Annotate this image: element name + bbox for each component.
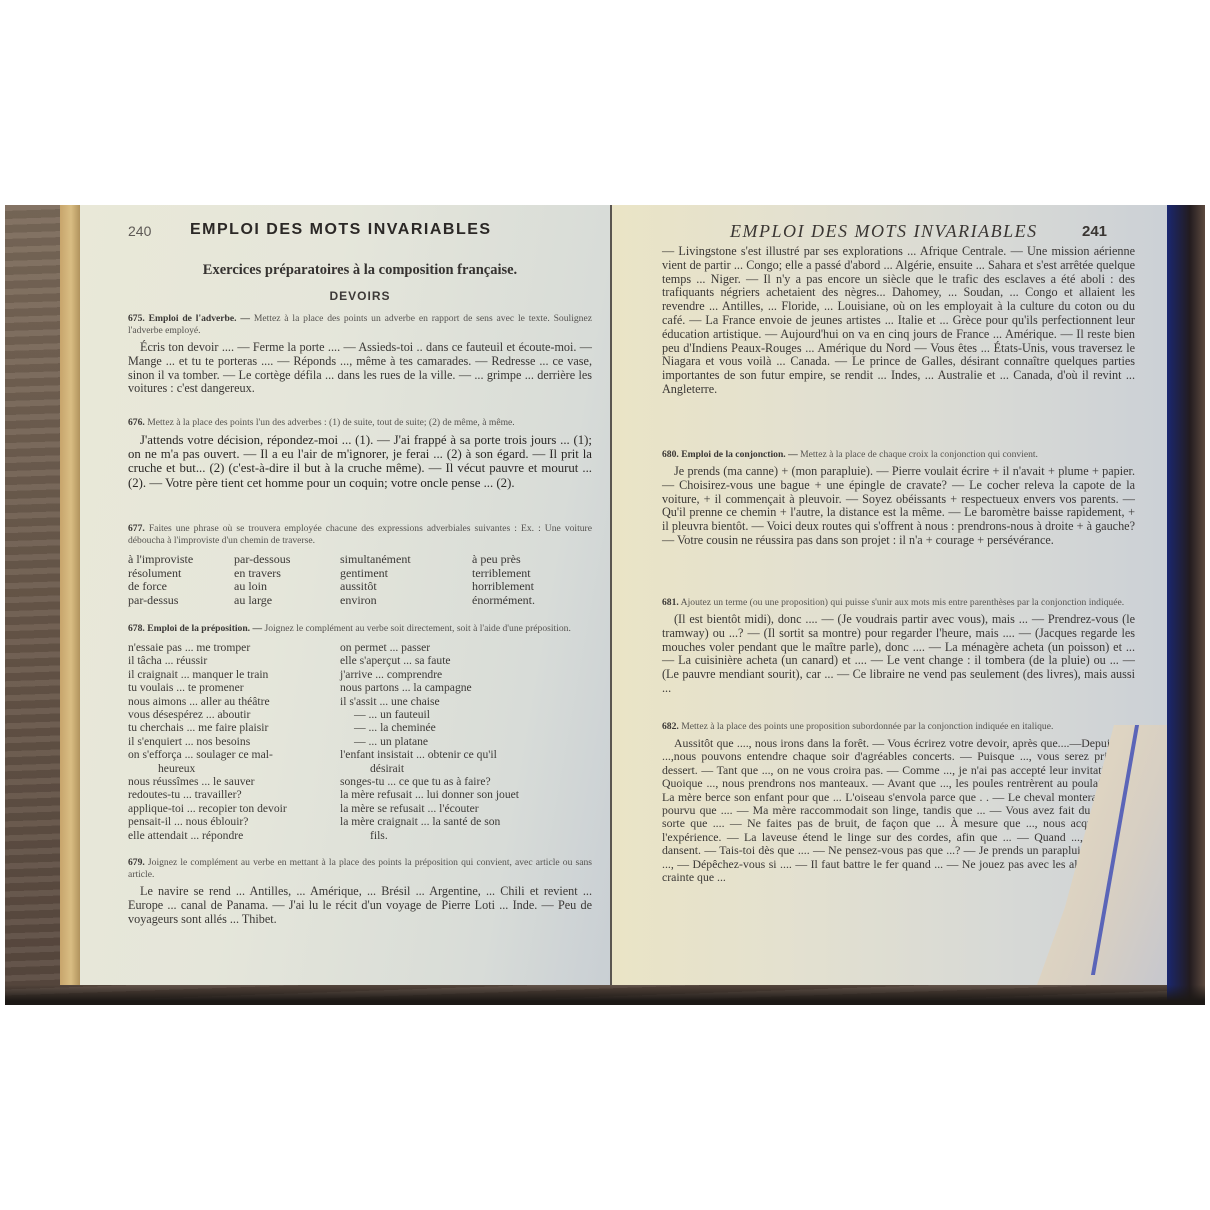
grid-expression: au large: [234, 594, 340, 608]
grid-expression: à l'improviste: [128, 553, 234, 567]
pair-left-item: heureux: [128, 762, 338, 775]
pair-right-item: — ... la cheminée: [340, 721, 540, 734]
book-shadow: [5, 985, 1205, 1005]
pair-left-item: il s'enquiert ... nos besoins: [128, 735, 338, 748]
exercise-instruction: 682. Mettez à la place des points une pr…: [662, 721, 1135, 733]
pair-left-item: applique-toi ... recopier ton devoir: [128, 802, 338, 815]
pair-left-item: redoutes-tu ... travailler?: [128, 788, 338, 801]
pair-right-item: désirait: [340, 762, 540, 775]
exercise-instruction: 675. Emploi de l'adverbe. — Mettez à la …: [128, 313, 592, 337]
exercise-681: 681. Ajoutez un terme (ou une propositio…: [662, 597, 1135, 696]
right-page: EMPLOI DES MOTS INVARIABLES 241 — Living…: [612, 205, 1177, 985]
book-photo: 240 EMPLOI DES MOTS INVARIABLES Exercice…: [5, 205, 1205, 1005]
grid-expression: horriblement: [472, 580, 572, 594]
preposition-pairs: n'essaie pas ... me tromperon permet ...…: [128, 641, 592, 842]
book-cover-edge: [1167, 205, 1205, 1005]
book-page-edges: [60, 205, 82, 985]
section-title: Exercices préparatoires à la composition…: [128, 262, 592, 279]
running-title: EMPLOI DES MOTS INVARIABLES: [190, 221, 492, 239]
pair-right-item: — ... un platane: [340, 735, 540, 748]
grid-expression: de force: [128, 580, 234, 594]
page-number: 241: [1082, 223, 1107, 240]
exercise-677: 677. Faites une phrase où se trouvera em…: [128, 523, 592, 607]
pair-right-item: fils.: [340, 829, 540, 842]
exercise-text: Le navire se rend ... Antilles, ... Amér…: [128, 885, 592, 926]
exercise-instruction: 677. Faites une phrase où se trouvera em…: [128, 523, 592, 547]
exercise-text: Écris ton devoir .... — Ferme la porte .…: [128, 341, 592, 396]
pair-right-item: la mère se refusait ... l'écouter: [340, 802, 540, 815]
grid-expression: gentiment: [340, 567, 472, 581]
pair-left-item: tu voulais ... te promener: [128, 681, 338, 694]
adverb-expression-grid: à l'improvistepar-dessoussimultanémentà …: [128, 553, 592, 607]
exercise-instruction: 681. Ajoutez un terme (ou une propositio…: [662, 597, 1135, 609]
pair-right-item: il s'assit ... une chaise: [340, 695, 540, 708]
grid-expression: en travers: [234, 567, 340, 581]
left-page-header: 240 EMPLOI DES MOTS INVARIABLES: [80, 221, 610, 245]
exercise-676: 676. Mettez à la place des points l'un d…: [128, 417, 592, 490]
exercise-instruction: 678. Emploi de la préposition. — Joignez…: [128, 623, 592, 635]
exercise-instruction: 679. Joignez le complément au verbe en m…: [128, 857, 592, 881]
pair-right-item: l'enfant insistait ... obtenir ce qu'il: [340, 748, 540, 761]
right-page-header: EMPLOI DES MOTS INVARIABLES 241: [612, 221, 1177, 245]
pair-left-item: elle attendait ... répondre: [128, 829, 338, 842]
pair-left-item: tu cherchais ... me faire plaisir: [128, 721, 338, 734]
exercise-679: 679. Joignez le complément au verbe en m…: [128, 857, 592, 926]
exercise-text: J'attends votre décision, répondez-moi .…: [128, 433, 592, 490]
exercise-675: 675. Emploi de l'adverbe. — Mettez à la …: [128, 313, 592, 396]
pair-right-item: j'arrive ... comprendre: [340, 668, 540, 681]
exercise-instruction: 676. Mettez à la place des points l'un d…: [128, 417, 592, 429]
pair-right-item: la mère craignait ... la santé de son: [340, 815, 540, 828]
pair-left-item: on s'efforça ... soulager ce mal-: [128, 748, 338, 761]
pair-left-item: il craignait ... manquer le train: [128, 668, 338, 681]
exercise-678: 678. Emploi de la préposition. — Joignez…: [128, 623, 592, 842]
grid-expression: à peu près: [472, 553, 572, 567]
page-number: 240: [128, 223, 151, 239]
section-subtitle: DEVOIRS: [128, 289, 592, 303]
pair-right-item: elle s'aperçut ... sa faute: [340, 654, 540, 667]
left-page: 240 EMPLOI DES MOTS INVARIABLES Exercice…: [80, 205, 612, 985]
grid-expression: résolument: [128, 567, 234, 581]
grid-expression: terriblement: [472, 567, 572, 581]
pair-left-item: vous désespérez ... aboutir: [128, 708, 338, 721]
pair-right-item: songes-tu ... ce que tu as à faire?: [340, 775, 540, 788]
pair-right-item: — ... un fauteuil: [340, 708, 540, 721]
grid-expression: par-dessus: [128, 594, 234, 608]
grid-expression: au loin: [234, 580, 340, 594]
exercise-text: (Il est bientôt midi), donc .... — (Je v…: [662, 613, 1135, 696]
exercise-text: Je prends (ma canne) + (mon parapluie). …: [662, 465, 1135, 548]
pair-left-item: pensait-il ... nous éblouir?: [128, 815, 338, 828]
exercise-text: Aussitôt que ...., nous irons dans la fo…: [662, 737, 1135, 884]
running-title: EMPLOI DES MOTS INVARIABLES: [730, 221, 1038, 242]
grid-expression: simultanément: [340, 553, 472, 567]
exercise-text: — Livingstone s'est illustré par ses exp…: [662, 245, 1135, 397]
exercise-instruction: 680. Emploi de la conjonction. — Mettez …: [662, 449, 1135, 461]
pair-left-item: nous réussîmes ... le sauver: [128, 775, 338, 788]
grid-expression: énormément.: [472, 594, 572, 608]
pair-left-item: n'essaie pas ... me tromper: [128, 641, 338, 654]
grid-expression: environ: [340, 594, 472, 608]
exercise-682: 682. Mettez à la place des points une pr…: [662, 721, 1135, 884]
pair-left-item: nous aimons ... aller au théâtre: [128, 695, 338, 708]
pair-left-item: il tâcha ... réussir: [128, 654, 338, 667]
grid-expression: aussitôt: [340, 580, 472, 594]
exercise-679-continuation: — Livingstone s'est illustré par ses exp…: [662, 245, 1135, 397]
exercise-680: 680. Emploi de la conjonction. — Mettez …: [662, 449, 1135, 548]
pair-right-item: nous partons ... la campagne: [340, 681, 540, 694]
pair-right-item: on permet ... passer: [340, 641, 540, 654]
grid-expression: par-dessous: [234, 553, 340, 567]
pair-right-item: la mère refusait ... lui donner son joue…: [340, 788, 540, 801]
